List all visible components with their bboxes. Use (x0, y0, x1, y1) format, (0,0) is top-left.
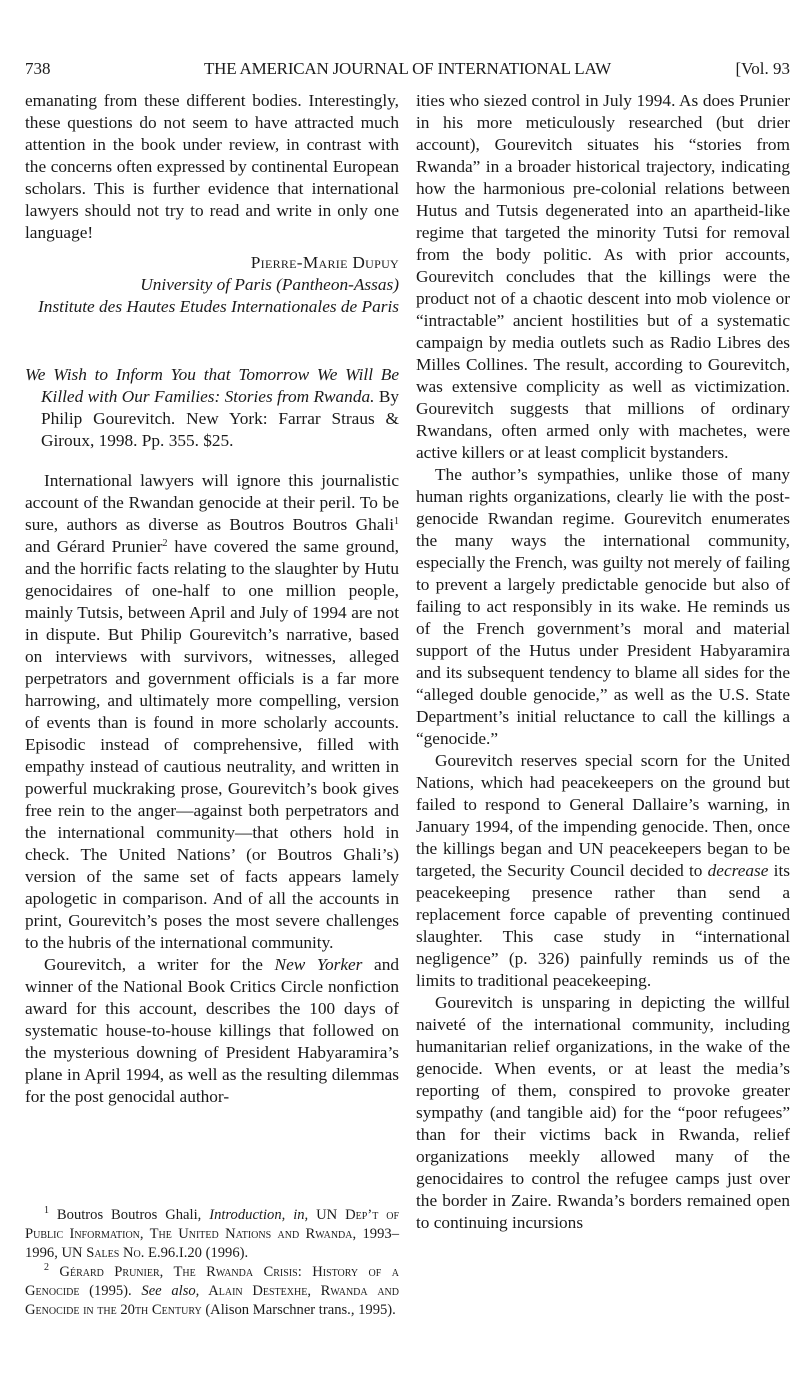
footnote-italic: See also, (141, 1283, 199, 1299)
paragraph-text: its peacekeeping presence rather than se… (416, 861, 790, 990)
body-paragraph: Gourevitch is unsparing in depicting the… (416, 992, 790, 1234)
footnotes: 1 Boutros Boutros Ghali, Introduction, i… (25, 1206, 399, 1320)
body-paragraph: Gourevitch, a writer for the New Yorker … (25, 954, 399, 1108)
footnote-2: 2 Gérard Prunier, The Rwanda Crisis: His… (25, 1263, 399, 1320)
body-paragraph: ities who siezed control in July 1994. A… (416, 90, 790, 464)
footnote-text: Boutros Boutros Ghali, (49, 1207, 209, 1223)
reviewer-name: Pierre-Marie Dupuy (25, 252, 399, 274)
body-paragraph: Gourevitch reserves special scorn for th… (416, 750, 790, 992)
paragraph-text: and Gérard Prunier (25, 537, 163, 556)
emphasis-text: decrease (708, 861, 769, 880)
reviewer-affiliation-1: University of Paris (Pantheon-Assas) (25, 274, 399, 296)
book-title: We Wish to Inform You that Tomorrow We W… (25, 365, 399, 406)
journal-title: THE AMERICAN JOURNAL OF INTERNATIONAL LA… (25, 57, 790, 81)
reviewer-affiliation-2: Institute des Hautes Etudes Internationa… (25, 296, 399, 318)
volume-label: [Vol. 93 (736, 57, 790, 81)
paragraph-text: International lawyers will ignore this j… (25, 471, 399, 534)
body-paragraph: International lawyers will ignore this j… (25, 470, 399, 954)
footnote-1: 1 Boutros Boutros Ghali, Introduction, i… (25, 1206, 399, 1263)
right-column: ities who siezed control in July 1994. A… (416, 90, 790, 1234)
continued-paragraph: emanating from these different bodies. I… (25, 90, 399, 244)
footnote-text: (Alison Marschner trans., 1995). (202, 1302, 396, 1318)
left-column: emanating from these different bodies. I… (25, 90, 399, 1108)
body-paragraph: The author’s sympathies, unlike those of… (416, 464, 790, 750)
paragraph-text: have covered the same ground, and the ho… (25, 537, 399, 952)
footnote-ref-1[interactable]: 1 (394, 516, 399, 527)
book-citation: We Wish to Inform You that Tomorrow We W… (25, 364, 399, 452)
paragraph-text: and winner of the National Book Critics … (25, 955, 399, 1106)
publication-name: New Yorker (275, 955, 363, 974)
footnote-italic: Introduction, in, (209, 1207, 308, 1223)
paragraph-text: Gourevitch, a writer for the (44, 955, 275, 974)
running-header: 738 THE AMERICAN JOURNAL OF INTERNATIONA… (25, 57, 790, 81)
review-signature: Pierre-Marie Dupuy University of Paris (… (25, 252, 399, 318)
